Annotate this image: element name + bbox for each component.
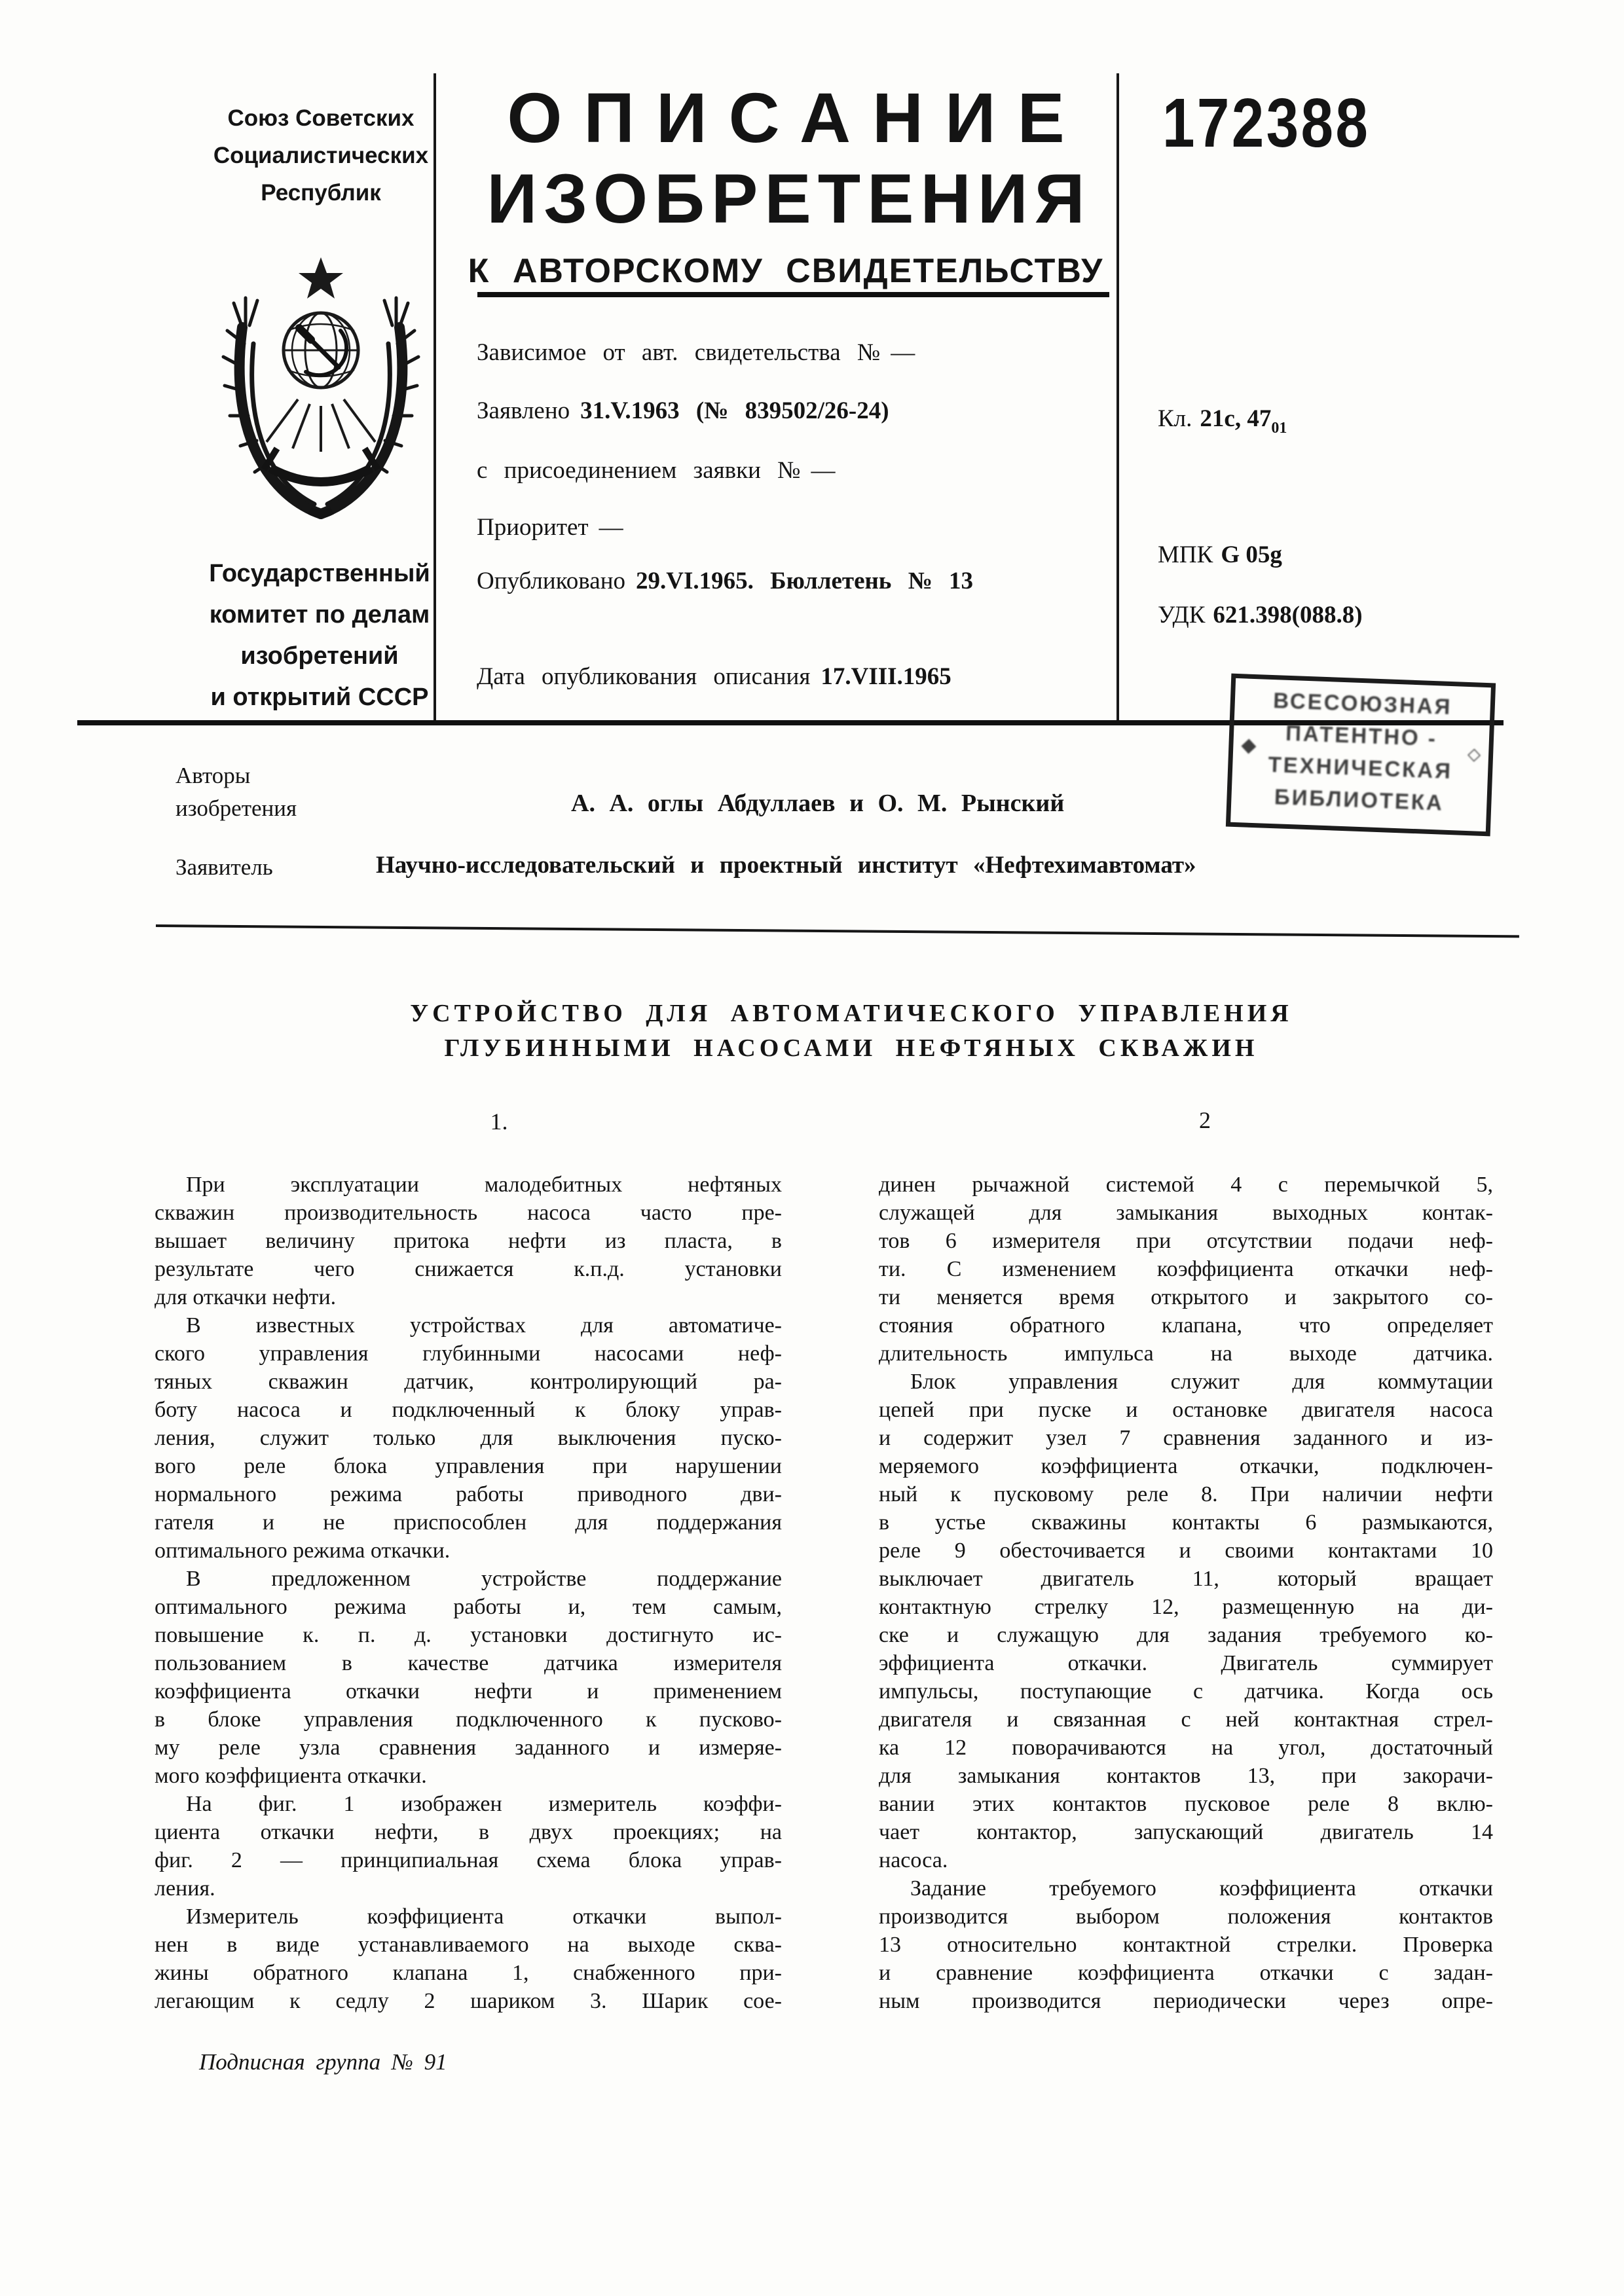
org-name-line: Социалистических bbox=[193, 137, 449, 174]
invention-title-line: ГЛУБИННЫМИ НАСОСАМИ НЕФТЯНЫХ СКВАЖИН bbox=[354, 1031, 1349, 1066]
text-line: в устье скважины контакты 6 размыкаются, bbox=[879, 1508, 1493, 1537]
metadata-line: Приоритет— bbox=[477, 513, 623, 541]
org-name-line: Союз Советских bbox=[193, 100, 449, 137]
committee-line: и открытий СССР bbox=[175, 677, 464, 718]
text-line: вышает величину притока нефти из пласта,… bbox=[155, 1227, 782, 1255]
class-value: 21c, 4701 bbox=[1200, 405, 1287, 432]
column-2-header: 2 bbox=[1179, 1106, 1231, 1134]
sun-rays bbox=[267, 399, 375, 452]
text-line: легающим к седлу 2 шариком 3. Шарик сое- bbox=[155, 1987, 782, 2015]
metadata-line: с присоединением заявки №— bbox=[477, 456, 835, 484]
text-line: 13 относительно контактной стрелки. Пров… bbox=[879, 1931, 1493, 1959]
metadata-label: Зависимое от авт. свидетельства № bbox=[477, 339, 880, 366]
text-line: ске и служащую для задания требуемого ко… bbox=[879, 1621, 1493, 1649]
text-line: 20двигателя и связанная с ней контактная… bbox=[879, 1705, 1493, 1734]
org-name-line: Республик bbox=[193, 174, 449, 211]
text-line: эффициента откачки. Двигатель суммирует bbox=[879, 1649, 1493, 1677]
text-line: Задание требуемого коэффициента откачки bbox=[879, 1874, 1493, 1903]
class-subscript: 01 bbox=[1271, 420, 1287, 437]
text-line: При эксплуатации малодебитных нефтяных bbox=[155, 1171, 782, 1199]
metadata-value: 31.V.1963 (№ 839502/26-24) bbox=[580, 397, 889, 424]
patent-document-page: Союз СоветскихСоциалистическихРеспублик bbox=[0, 0, 1624, 2296]
applicant-label: Заявитель bbox=[175, 854, 273, 881]
text-line: ка 12 поворачиваются на угол, достаточны… bbox=[879, 1734, 1493, 1762]
author-names: А. А. оглы Абдуллаев и О. М. Рынский bbox=[571, 789, 1064, 818]
text-line: нормального режима работы приводного дви… bbox=[155, 1480, 782, 1508]
state-committee-name: Государственныйкомитет по деламизобретен… bbox=[175, 553, 464, 718]
text-line: повышение к. п. д. установки достигнуто … bbox=[155, 1621, 782, 1649]
mpk-label: МПК bbox=[1158, 541, 1213, 568]
diamond-outline-icon: ◇ bbox=[1467, 744, 1481, 765]
udk-designation: УДК621.398(088.8) bbox=[1158, 601, 1363, 629]
ussr-state-emblem bbox=[193, 252, 449, 543]
metadata-label: Заявлено bbox=[477, 397, 570, 424]
text-line: 10и содержит узел 7 сравнения заданного … bbox=[879, 1424, 1493, 1452]
udk-label: УДК bbox=[1158, 602, 1205, 629]
text-line: длительность импульса на выходе датчика. bbox=[879, 1339, 1493, 1368]
authors-label-line: Авторы bbox=[175, 759, 297, 792]
committee-line: комитет по делам bbox=[175, 594, 464, 636]
text-line: Блок управления служит для коммутации bbox=[879, 1368, 1493, 1396]
text-line: оптимального режима откачки. bbox=[155, 1537, 782, 1565]
text-line: для замыкания контактов 13, при закорачи… bbox=[879, 1762, 1493, 1790]
section-rule bbox=[156, 924, 1519, 938]
text-line: 30ным производится периодически через оп… bbox=[879, 1987, 1493, 2015]
metadata-line: Заявлено31.V.1963 (№ 839502/26-24) bbox=[477, 397, 889, 425]
text-line: импульсы, поступающие с датчика. Когда о… bbox=[879, 1677, 1493, 1705]
text-line: боту насоса и подключенный к блоку управ… bbox=[155, 1396, 782, 1424]
text-line: скважин производительность насоса часто … bbox=[155, 1199, 782, 1227]
metadata-label: Опубликовано bbox=[477, 568, 625, 594]
class-designation: Кл.21c, 4701 bbox=[1158, 405, 1287, 437]
text-line: ный к пусковому реле 8. При наличии нефт… bbox=[879, 1480, 1493, 1508]
authors-label-line: изобретения bbox=[175, 792, 297, 825]
subscription-group-footer: Подписная группа № 91 bbox=[199, 2049, 447, 2075]
committee-line: изобретений bbox=[175, 636, 464, 677]
text-line: му реле узла сравнения заданного и измер… bbox=[155, 1734, 782, 1762]
text-line: гателя и не приспособлен для поддержания bbox=[155, 1508, 782, 1537]
text-line: в блоке управления подключенного к пуско… bbox=[155, 1705, 782, 1734]
text-line: цепей при пуске и остановке двигателя на… bbox=[879, 1396, 1493, 1424]
applicant-name: Научно-исследовательский и проектный инс… bbox=[376, 851, 1196, 879]
header-divider-left bbox=[434, 73, 436, 725]
patent-number: 172388 bbox=[1162, 84, 1370, 163]
column-1-header: 1. bbox=[473, 1108, 525, 1135]
metadata-value: 17.VIII.1965 bbox=[821, 663, 951, 690]
metadata-label: Дата опубликования описания bbox=[477, 663, 810, 690]
metadata-value: — bbox=[811, 457, 835, 484]
metadata-value: — bbox=[599, 514, 623, 541]
library-stamp: ВСЕСОЮЗНАЯПАТЕНТНО -ТЕХНИЧЕСКАЯБИБЛИОТЕК… bbox=[1226, 674, 1496, 837]
text-line: тов 6 измерителя при отсутствии подачи н… bbox=[879, 1227, 1493, 1255]
text-line: вании этих контактов пусковое реле 8 вкл… bbox=[879, 1790, 1493, 1818]
text-line: 5ти меняется время открытого и закрытого… bbox=[879, 1283, 1493, 1311]
text-line: динен рычажной системой 4 с перемычкой 5… bbox=[879, 1171, 1493, 1199]
udk-value: 621.398(088.8) bbox=[1213, 602, 1362, 629]
text-line: 15выключает двигатель 11, который вращае… bbox=[879, 1565, 1493, 1593]
metadata-value: — bbox=[891, 339, 915, 366]
text-line: коэффициента откачки нефти и применением bbox=[155, 1677, 782, 1705]
library-stamp-text: ВСЕСОЮЗНАЯПАТЕНТНО -ТЕХНИЧЕСКАЯБИБЛИОТЕК… bbox=[1231, 683, 1491, 820]
text-line: ления, служит только для выключения пуск… bbox=[155, 1424, 782, 1452]
text-line: ти. С изменением коэффициента откачки не… bbox=[879, 1255, 1493, 1283]
metadata-label: с присоединением заявки № bbox=[477, 457, 800, 484]
authors-label: Авторыизобретения bbox=[175, 759, 297, 825]
text-line: вого реле блока управления при нарушении bbox=[155, 1452, 782, 1480]
text-line: В предложенном устройстве поддержание bbox=[155, 1565, 782, 1593]
text-line: реле 9 обесточивается и своими контактам… bbox=[879, 1537, 1493, 1565]
text-line: ского управления глубинными насосами неф… bbox=[155, 1339, 782, 1368]
text-line: фиг. 2 — принципиальная схема блока упра… bbox=[155, 1846, 782, 1874]
text-line: нен в виде устанавливаемого на выходе ск… bbox=[155, 1931, 782, 1959]
committee-line: Государственный bbox=[175, 553, 464, 594]
text-line: контактную стрелку 12, размещенную на ди… bbox=[879, 1593, 1493, 1621]
text-line: циента откачки нефти, в двух проекциях; … bbox=[155, 1818, 782, 1846]
diamond-icon: ◆ bbox=[1241, 733, 1257, 757]
metadata-line: Дата опубликования описания17.VIII.1965 bbox=[477, 663, 951, 691]
metadata-line: Опубликовано29.VI.1965. Бюллетень № 13 bbox=[477, 567, 973, 595]
text-line: оптимального режима работы и, тем самым, bbox=[155, 1593, 782, 1621]
text-line: и сравнение коэффициента откачки с задан… bbox=[879, 1959, 1493, 1987]
text-line: чает контактор, запускающий двигатель 14 bbox=[879, 1818, 1493, 1846]
issuing-union-name: Союз СоветскихСоциалистическихРеспублик bbox=[193, 100, 449, 211]
text-line: 25насоса. bbox=[879, 1846, 1493, 1874]
star-icon bbox=[299, 257, 343, 299]
text-line: производится выбором положения контактов bbox=[879, 1903, 1493, 1931]
text-line: меряемого коэффициента откачки, подключе… bbox=[879, 1452, 1493, 1480]
body-column-left: При эксплуатации малодебитных нефтяныхск… bbox=[155, 1171, 782, 2015]
header-divider-right bbox=[1116, 73, 1119, 725]
body-column-right: динен рычажной системой 4 с перемычкой 5… bbox=[879, 1171, 1493, 2015]
metadata-line: Зависимое от авт. свидетельства №— bbox=[477, 338, 915, 367]
text-line: тяных скважин датчик, контролирующий ра- bbox=[155, 1368, 782, 1396]
text-line: ления. bbox=[155, 1874, 782, 1903]
invention-title: УСТРОЙСТВО ДЛЯ АВТОМАТИЧЕСКОГО УПРАВЛЕНИ… bbox=[354, 996, 1349, 1066]
text-line: стояния обратного клапана, что определяе… bbox=[879, 1311, 1493, 1339]
text-line: служащей для замыкания выходных контак- bbox=[879, 1199, 1493, 1227]
text-line: пользованием в качестве датчика измерите… bbox=[155, 1649, 782, 1677]
invention-title-line: УСТРОЙСТВО ДЛЯ АВТОМАТИЧЕСКОГО УПРАВЛЕНИ… bbox=[354, 996, 1349, 1031]
text-line: На фиг. 1 изображен измеритель коэффи- bbox=[155, 1790, 782, 1818]
metadata-value: 29.VI.1965. Бюллетень № 13 bbox=[636, 568, 973, 594]
text-line: результате чего снижается к.п.д. установ… bbox=[155, 1255, 782, 1283]
text-line: Измеритель коэффициента откачки выпол- bbox=[155, 1903, 782, 1931]
class-label: Кл. bbox=[1158, 405, 1192, 432]
text-line: жины обратного клапана 1, снабженного пр… bbox=[155, 1959, 782, 1987]
text-line: для откачки нефти. bbox=[155, 1283, 782, 1311]
filing-metadata: Зависимое от авт. свидетельства №— Заявл… bbox=[477, 0, 1079, 720]
text-line: В известных устройствах для автоматиче- bbox=[155, 1311, 782, 1339]
text-line: мого коэффициента откачки. bbox=[155, 1762, 782, 1790]
mpk-value: G 05g bbox=[1221, 541, 1282, 568]
mpk-designation: МПКG 05g bbox=[1158, 541, 1282, 569]
metadata-label: Приоритет bbox=[477, 514, 589, 541]
